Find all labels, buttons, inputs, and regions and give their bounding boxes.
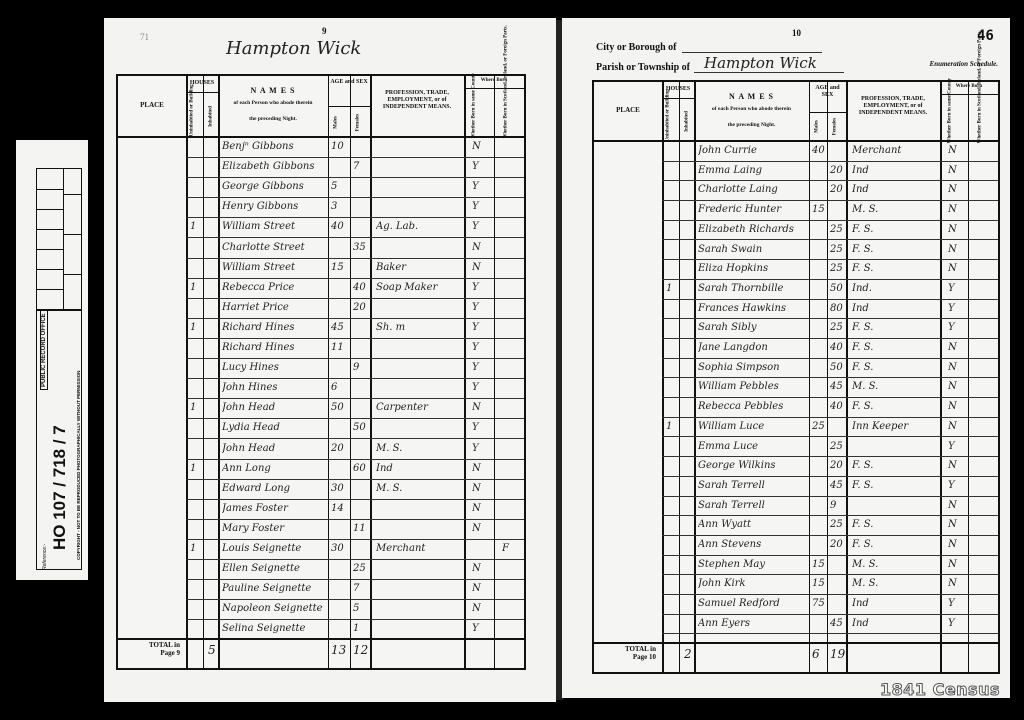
born-same-county: Y [472, 382, 492, 393]
male-age: 15 [331, 262, 349, 273]
parish-value: Hampton Wick [704, 54, 817, 72]
born-same-county: Y [948, 322, 966, 333]
born-same-county: Y [472, 181, 492, 192]
person-name: John Currie [698, 145, 807, 156]
profession: F. S. [852, 539, 938, 550]
place-title: Hampton Wick [226, 38, 361, 59]
table-row: 1Richard Hines45Sh. mY [118, 319, 524, 339]
table-row: John Head20M. S.Y [118, 440, 524, 460]
female-age: 7 [353, 161, 369, 172]
header-names-sub2: the preceding Night. [694, 122, 809, 129]
header-females: Females [833, 113, 838, 141]
profession: F. S. [852, 224, 938, 235]
born-same-county: Y [948, 441, 966, 452]
person-name: Ellen Seignette [222, 563, 326, 574]
person-name: John Kirk [698, 578, 807, 589]
total-label: TOTAL inPage 10 [598, 646, 656, 661]
born-same-county: Y [472, 342, 492, 353]
born-same-county: Y [472, 161, 492, 172]
table-row: Charlotte Street35N [118, 239, 524, 259]
header-inhabited: Inhabited [685, 102, 690, 142]
female-age: 45 [830, 381, 845, 392]
reference-number: HO 107 / 718 / 7 [50, 425, 70, 550]
person-name: Louis Seignette [222, 543, 326, 554]
table-row: Jane Langdon40F. S.N [594, 339, 998, 359]
profession: F. S. [852, 342, 938, 353]
table-row: Sophia Simpson50F. S.N [594, 359, 998, 379]
male-age: 45 [331, 322, 349, 333]
person-name: Napoleon Seignette [222, 603, 326, 614]
profession: Baker [376, 262, 462, 273]
born-same-county: Y [472, 201, 492, 212]
person-name: Ann Wyatt [698, 519, 807, 530]
female-age: 40 [830, 342, 845, 353]
profession: M. S. [852, 578, 938, 589]
female-age: 20 [830, 184, 845, 195]
city-field [682, 52, 822, 53]
header-names-sub1: of each Person who abode therein [218, 100, 328, 107]
person-name: Richard Hines [222, 342, 326, 353]
male-age: 11 [331, 342, 349, 353]
person-name: Samuel Redford [698, 598, 807, 609]
table-row: 1John Head50CarpenterN [118, 399, 524, 419]
house-marker: 1 [190, 282, 201, 293]
female-age: 20 [353, 302, 369, 313]
person-name: Sarah Thornbille [698, 283, 807, 294]
header-same-county: Whether Born in same County [472, 95, 477, 139]
born-same-county: Y [472, 443, 492, 454]
born-same-county: N [948, 342, 966, 353]
person-name: Ann Long [222, 463, 326, 474]
male-age: 40 [331, 221, 349, 232]
table-row: Mary Foster11N [118, 520, 524, 540]
header-males: Males [815, 113, 820, 141]
table-row: Lydia Head50Y [118, 419, 524, 439]
census-table-page-10: PLACEHOUSESUninhabited or BuildingInhabi… [592, 80, 1000, 674]
total-divider [118, 638, 524, 640]
header-profession: PROFESSION, TRADE, EMPLOYMENT, or of IND… [848, 96, 938, 118]
born-same-county: N [948, 578, 966, 589]
profession: F. S. [852, 263, 938, 274]
person-name: Lucy Hines [222, 362, 326, 373]
female-age: 20 [830, 165, 845, 176]
born-same-county: N [948, 362, 966, 373]
person-name: Charlotte Street [222, 242, 326, 253]
table-row: Emma Laing20IndN [594, 162, 998, 182]
house-marker: 1 [190, 543, 201, 554]
header-place: PLACE [118, 101, 186, 109]
person-name: Sarah Terrell [698, 480, 807, 491]
born-same-county: N [472, 402, 492, 413]
person-name: Pauline Seignette [222, 583, 326, 594]
profession: Inn Keeper [852, 421, 938, 432]
profession: M. S. [852, 204, 938, 215]
born-same-county: N [948, 224, 966, 235]
born-same-county: Y [948, 303, 966, 314]
profession: F. S. [852, 362, 938, 373]
profession: Merchant [852, 145, 938, 156]
person-name: Frances Hawkins [698, 303, 807, 314]
person-name: Lydia Head [222, 422, 326, 433]
measurement-scale [36, 168, 82, 310]
header-names-sub2: the preceding Night. [218, 116, 328, 123]
table-row: Ellen Seignette25N [118, 560, 524, 580]
born-same-county: N [948, 381, 966, 392]
person-name: Jane Langdon [698, 342, 807, 353]
person-name: Henry Gibbons [222, 201, 326, 212]
born-same-county: N [948, 165, 966, 176]
born-same-county: N [472, 503, 492, 514]
table-row: Harriet Price20Y [118, 299, 524, 319]
female-age: 20 [830, 539, 845, 550]
table-row: Rebecca Pebbles40F. S.N [594, 398, 998, 418]
born-same-county: N [948, 244, 966, 255]
total-males: 6 [812, 647, 820, 661]
born-same-county: N [948, 184, 966, 195]
profession: F. S. [852, 322, 938, 333]
male-age: 50 [331, 402, 349, 413]
schedule-label: Enumeration Schedule. [930, 60, 998, 68]
left-page: 71 9 Hampton Wick PLACEHOUSESUninhabited… [104, 18, 556, 702]
header-names: N A M E S [694, 92, 809, 102]
table-row: James Foster14N [118, 500, 524, 520]
born-same-county: Y [472, 302, 492, 313]
table-row: Sarah Terrell9N [594, 497, 998, 517]
person-name: Sarah Sibly [698, 322, 807, 333]
female-age: 25 [830, 263, 845, 274]
person-name: Elizabeth Richards [698, 224, 807, 235]
table-row: John Kirk15M. S.N [594, 575, 998, 595]
born-same-county: N [948, 519, 966, 530]
person-name: George Wilkins [698, 460, 807, 471]
header-foreign-parts: Whether Born in Scotland, Ireland, or Fo… [504, 95, 509, 139]
female-age: 9 [830, 500, 845, 511]
female-age: 80 [830, 303, 845, 314]
male-age: 5 [331, 181, 349, 192]
profession: Merchant [376, 543, 462, 554]
table-row: 1Rebecca Price40Soap MakerY [118, 279, 524, 299]
table-row: Elizabeth Gibbons7Y [118, 158, 524, 178]
person-name: William Luce [698, 421, 807, 432]
born-same-county: N [948, 401, 966, 412]
female-age: 9 [353, 362, 369, 373]
copyright-notice: COPYRIGHT - NOT TO BE REPRODUCED PHOTOGR… [76, 371, 81, 560]
profession: Ag. Lab. [376, 221, 462, 232]
table-row: Pauline Seignette7N [118, 580, 524, 600]
male-age: 15 [812, 204, 826, 215]
born-same-county: Y [472, 623, 492, 634]
female-age: 25 [830, 519, 845, 530]
female-age: 5 [353, 603, 369, 614]
person-name: Selina Seignette [222, 623, 326, 634]
born-same-county: N [472, 563, 492, 574]
male-age: 30 [331, 543, 349, 554]
profession: M. S. [376, 483, 462, 494]
profession: Ind [852, 303, 938, 314]
born-same-county: N [948, 559, 966, 570]
born-same-county: N [948, 500, 966, 511]
person-name: Elizabeth Gibbons [222, 161, 326, 172]
female-age: 45 [830, 618, 845, 629]
person-name: John Hines [222, 382, 326, 393]
profession: M. S. [852, 559, 938, 570]
table-row: Benjⁿ Gibbons10N [118, 138, 524, 158]
person-name: William Street [222, 221, 326, 232]
born-same-county: Y [472, 322, 492, 333]
male-age: 25 [812, 421, 826, 432]
born-same-county: Y [472, 362, 492, 373]
table-row: Ann Wyatt25F. S.N [594, 516, 998, 536]
corner-mark: 71 [140, 32, 149, 42]
profession: F. S. [852, 519, 938, 530]
person-name: Ann Stevens [698, 539, 807, 550]
total-females: 19 [830, 647, 845, 661]
female-age: 40 [830, 401, 845, 412]
female-age: 25 [353, 563, 369, 574]
table-row: Richard Hines11Y [118, 339, 524, 359]
table-row: Sarah Sibly25F. S.Y [594, 319, 998, 339]
female-age: 60 [353, 463, 369, 474]
female-age: 35 [353, 242, 369, 253]
person-name: James Foster [222, 503, 326, 514]
census-table-page-9: PLACEHOUSESUninhabited or BuildingInhabi… [116, 74, 526, 670]
house-marker: 1 [666, 421, 677, 432]
person-name: Benjⁿ Gibbons [222, 141, 326, 152]
female-age: 1 [353, 623, 369, 634]
total-label: TOTAL inPage 9 [122, 642, 180, 657]
profession: Ind. [852, 283, 938, 294]
born-same-county: N [472, 583, 492, 594]
total-females: 12 [353, 643, 368, 657]
born-same-county: N [948, 263, 966, 274]
person-name: Sarah Terrell [698, 500, 807, 511]
female-age: 25 [830, 322, 845, 333]
person-name: Rebecca Pebbles [698, 401, 807, 412]
person-name: Richard Hines [222, 322, 326, 333]
profession: Ind [376, 463, 462, 474]
table-row: Ann Stevens20F. S.N [594, 536, 998, 556]
female-age: 25 [830, 224, 845, 235]
table-row: 1William Street40Ag. Lab.Y [118, 218, 524, 238]
table-row: George Gibbons5Y [118, 178, 524, 198]
born-same-county: Y [472, 282, 492, 293]
male-age: 6 [331, 382, 349, 393]
header-females: Females [356, 109, 361, 137]
person-name: Emma Luce [698, 441, 807, 452]
table-row: Napoleon Seignette5N [118, 600, 524, 620]
table-row: Sarah Terrell45F. S.Y [594, 477, 998, 497]
born-same-county: Y [472, 422, 492, 433]
parish-label: Parish or Township of [596, 62, 690, 73]
profession: Ind [852, 184, 938, 195]
table-row: 1William Luce25Inn KeeperN [594, 418, 998, 438]
born-same-county: N [948, 421, 966, 432]
profession: Ind [852, 618, 938, 629]
table-row: 1Louis Seignette30MerchantF [118, 540, 524, 560]
header-place: PLACE [594, 106, 662, 114]
profession: Ind [852, 598, 938, 609]
female-age: 20 [830, 460, 845, 471]
male-age: 75 [812, 598, 826, 609]
born-same-county: N [948, 539, 966, 550]
born-same-county: N [472, 523, 492, 534]
born-same-county: Y [948, 480, 966, 491]
female-age: 40 [353, 282, 369, 293]
profession: Sh. m [376, 322, 462, 333]
table-row: George Wilkins20F. S.N [594, 457, 998, 477]
table-row: William Pebbles45M. S.N [594, 378, 998, 398]
person-name: Ann Eyers [698, 618, 807, 629]
person-name: Rebecca Price [222, 282, 326, 293]
page-number: 9 [322, 26, 327, 36]
total-divider [594, 642, 998, 644]
person-name: Sophia Simpson [698, 362, 807, 373]
profession: F. S. [852, 244, 938, 255]
female-age: 45 [830, 480, 845, 491]
male-age: 10 [331, 141, 349, 152]
born-same-county: N [472, 141, 492, 152]
table-row: Samuel Redford75IndY [594, 595, 998, 615]
header-names-sub1: of each Person who abode therein [694, 106, 809, 113]
header-names: N A M E S [218, 86, 328, 96]
total-inhabited: 2 [684, 647, 692, 661]
table-row: John Currie40MerchantN [594, 142, 998, 162]
female-age: 50 [830, 362, 845, 373]
table-row: 1Ann Long60IndN [118, 460, 524, 480]
person-name: Frederic Hunter [698, 204, 807, 215]
person-name: George Gibbons [222, 181, 326, 192]
table-row: Ann Eyers45IndY [594, 615, 998, 635]
table-row: Edward Long30M. S.N [118, 480, 524, 500]
born-same-county: N [948, 204, 966, 215]
reference-strip: PUBLIC RECORD OFFICE Reference:- HO 107 … [16, 140, 88, 580]
female-age: 11 [353, 523, 369, 534]
header-age-sex: AGE and SEX [809, 85, 846, 99]
male-age: 40 [812, 145, 826, 156]
header-uninhabited: Uninhabited or Building [666, 102, 671, 142]
born-same-county: Y [948, 283, 966, 294]
header-profession: PROFESSION, TRADE, EMPLOYMENT, or of IND… [372, 90, 462, 112]
person-name: Sarah Swain [698, 244, 807, 255]
table-row: John Hines6Y [118, 379, 524, 399]
person-name: Eliza Hopkins [698, 263, 807, 274]
born-same-county: N [472, 603, 492, 614]
profession: F. S. [852, 480, 938, 491]
born-same-county: N [472, 242, 492, 253]
profession: Carpenter [376, 402, 462, 413]
house-marker: 1 [190, 322, 201, 333]
parish-field [694, 72, 844, 73]
table-row: Frances Hawkins80IndY [594, 300, 998, 320]
female-age: 25 [830, 441, 845, 452]
census-watermark: 1841 Census [880, 680, 1000, 699]
header-same-county: Whether Born in same County [948, 100, 953, 144]
born-same-county: N [472, 262, 492, 273]
person-name: Stephen May [698, 559, 807, 570]
born-same-county: Y [472, 221, 492, 232]
profession: M. S. [852, 381, 938, 392]
total-males: 13 [331, 643, 346, 657]
page-number: 10 [792, 28, 801, 38]
male-age: 15 [812, 578, 826, 589]
person-name: John Head [222, 443, 326, 454]
born-same-county: Y [948, 598, 966, 609]
person-name: Harriet Price [222, 302, 326, 313]
table-row: Eliza Hopkins25F. S.N [594, 260, 998, 280]
header-foreign-parts: Whether Born in Scotland, Ireland, or Fo… [978, 100, 983, 144]
born-same-county: N [472, 483, 492, 494]
table-row: 1Sarah Thornbille50Ind.Y [594, 280, 998, 300]
city-label: City or Borough of [596, 42, 676, 53]
born-foreign-parts: F [502, 543, 522, 554]
table-row: Charlotte Laing20IndN [594, 181, 998, 201]
born-same-county: N [948, 460, 966, 471]
total-inhabited: 5 [208, 643, 216, 657]
header-uninhabited: Uninhabited or Building [190, 97, 195, 137]
female-age: 7 [353, 583, 369, 594]
table-row: William Street15BakerN [118, 259, 524, 279]
born-same-county: N [948, 145, 966, 156]
female-age: 50 [830, 283, 845, 294]
person-name: John Head [222, 402, 326, 413]
male-age: 20 [331, 443, 349, 454]
person-name: Emma Laing [698, 165, 807, 176]
male-age: 30 [331, 483, 349, 494]
table-row: Frederic Hunter15M. S.N [594, 201, 998, 221]
table-row: Emma Luce25Y [594, 438, 998, 458]
table-row: Elizabeth Richards25F. S.N [594, 221, 998, 241]
profession: F. S. [852, 401, 938, 412]
header-inhabited: Inhabited [209, 97, 214, 137]
female-age: 25 [830, 244, 845, 255]
table-row: Stephen May15M. S.N [594, 556, 998, 576]
male-age: 15 [812, 559, 826, 570]
house-marker: 1 [190, 402, 201, 413]
born-same-county: N [472, 463, 492, 474]
male-age: 14 [331, 503, 349, 514]
person-name: Edward Long [222, 483, 326, 494]
reference-label: Reference:- [42, 544, 48, 570]
person-name: William Street [222, 262, 326, 273]
profession: Soap Maker [376, 282, 462, 293]
male-age: 3 [331, 201, 349, 212]
header-age-sex: AGE and SEX [328, 79, 370, 86]
table-row: Henry Gibbons3Y [118, 198, 524, 218]
table-row: Lucy Hines9Y [118, 359, 524, 379]
profession: Ind [852, 165, 938, 176]
house-marker: 1 [190, 463, 201, 474]
profession: M. S. [376, 443, 462, 454]
person-name: William Pebbles [698, 381, 807, 392]
person-name: Charlotte Laing [698, 184, 807, 195]
header-males: Males [334, 109, 339, 137]
house-marker: 1 [190, 221, 201, 232]
right-page: 10 46 City or Borough of Parish or Towns… [562, 18, 1010, 698]
female-age: 50 [353, 422, 369, 433]
record-office-label: PUBLIC RECORD OFFICE [40, 310, 48, 390]
person-name: Mary Foster [222, 523, 326, 534]
profession: F. S. [852, 460, 938, 471]
born-same-county: Y [948, 618, 966, 629]
table-row: Sarah Swain25F. S.N [594, 241, 998, 261]
house-marker: 1 [666, 283, 677, 294]
